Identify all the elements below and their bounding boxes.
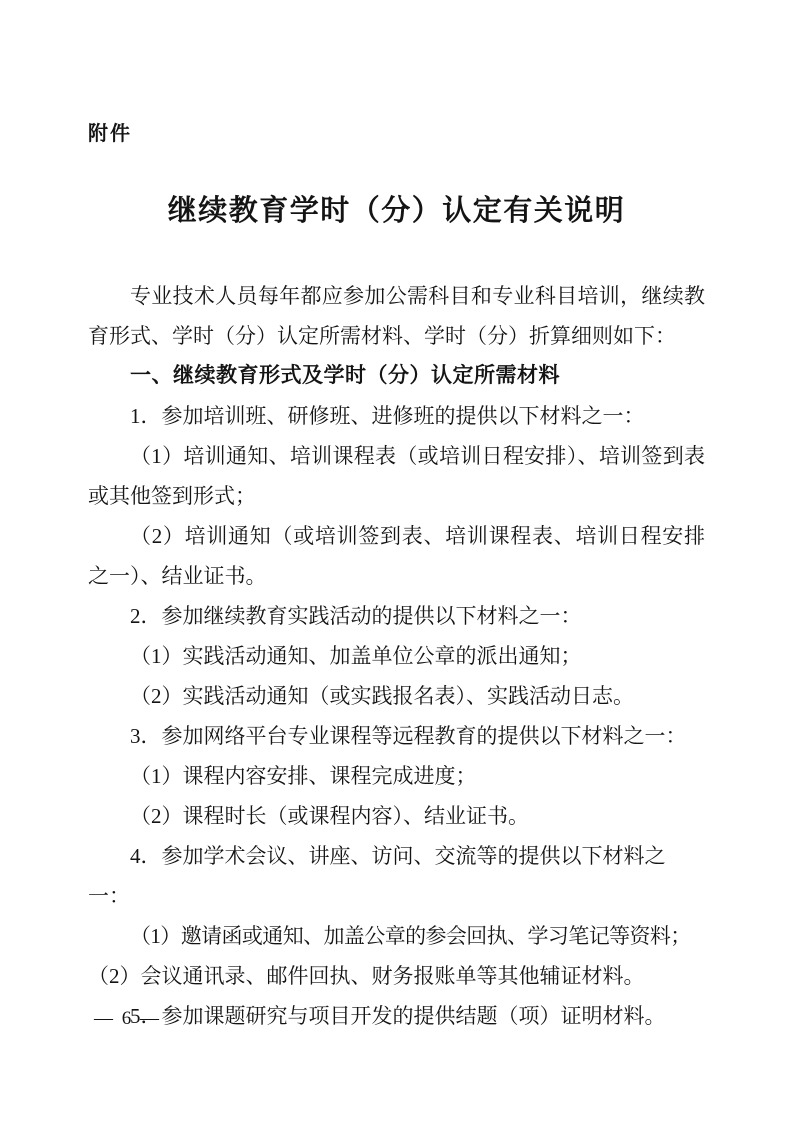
list-item: 3．参加网络平台专业课程等远程教育的提供以下材料之一： (88, 716, 705, 756)
page-number: — 6 — (94, 1004, 161, 1034)
list-item: 2．参加继续教育实践活动的提供以下材料之一： (88, 596, 705, 636)
list-item: （2）会议通讯录、邮件回执、财务报账单等其他辅证材料。 (88, 956, 705, 996)
document-body: 专业技术人员每年都应参加公需科目和专业科目培训，继续教育形式、学时（分）认定所需… (88, 276, 705, 1036)
list-item: （1）实践活动通知、加盖单位公章的派出通知； (88, 636, 705, 676)
list-item: （1）邀请函或通知、加盖公章的参会回执、学习笔记等资料； (88, 916, 705, 956)
list-item: 4．参加学术会议、讲座、访问、交流等的提供以下材料之一： (88, 836, 705, 916)
list-item: （1）课程内容安排、课程完成进度； (88, 756, 705, 796)
document-content: 附件 继续教育学时（分）认定有关说明 专业技术人员每年都应参加公需科目和专业科目… (0, 118, 793, 1036)
document-title: 继续教育学时（分）认定有关说明 (88, 189, 705, 233)
list-item: （2）培训通知（或培训签到表、培训课程表、培训日程安排之一）、结业证书。 (88, 516, 705, 596)
list-item: （1）培训通知、培训课程表（或培训日程安排）、培训签到表或其他签到形式； (88, 436, 705, 516)
list-item: 5．参加课题研究与项目开发的提供结题（项）证明材料。 (88, 996, 705, 1036)
list-item: （2）实践活动通知（或实践报名表）、实践活动日志。 (88, 676, 705, 716)
list-item: 1．参加培训班、研修班、进修班的提供以下材料之一： (88, 396, 705, 436)
section-heading: 一、继续教育形式及学时（分）认定所需材料 (88, 356, 705, 396)
document-page: 附件 继续教育学时（分）认定有关说明 专业技术人员每年都应参加公需科目和专业科目… (0, 0, 793, 1122)
list-item: （2）课程时长（或课程内容）、结业证书。 (88, 796, 705, 836)
attachment-label: 附件 (88, 118, 705, 150)
intro-paragraph: 专业技术人员每年都应参加公需科目和专业科目培训，继续教育形式、学时（分）认定所需… (88, 276, 705, 356)
